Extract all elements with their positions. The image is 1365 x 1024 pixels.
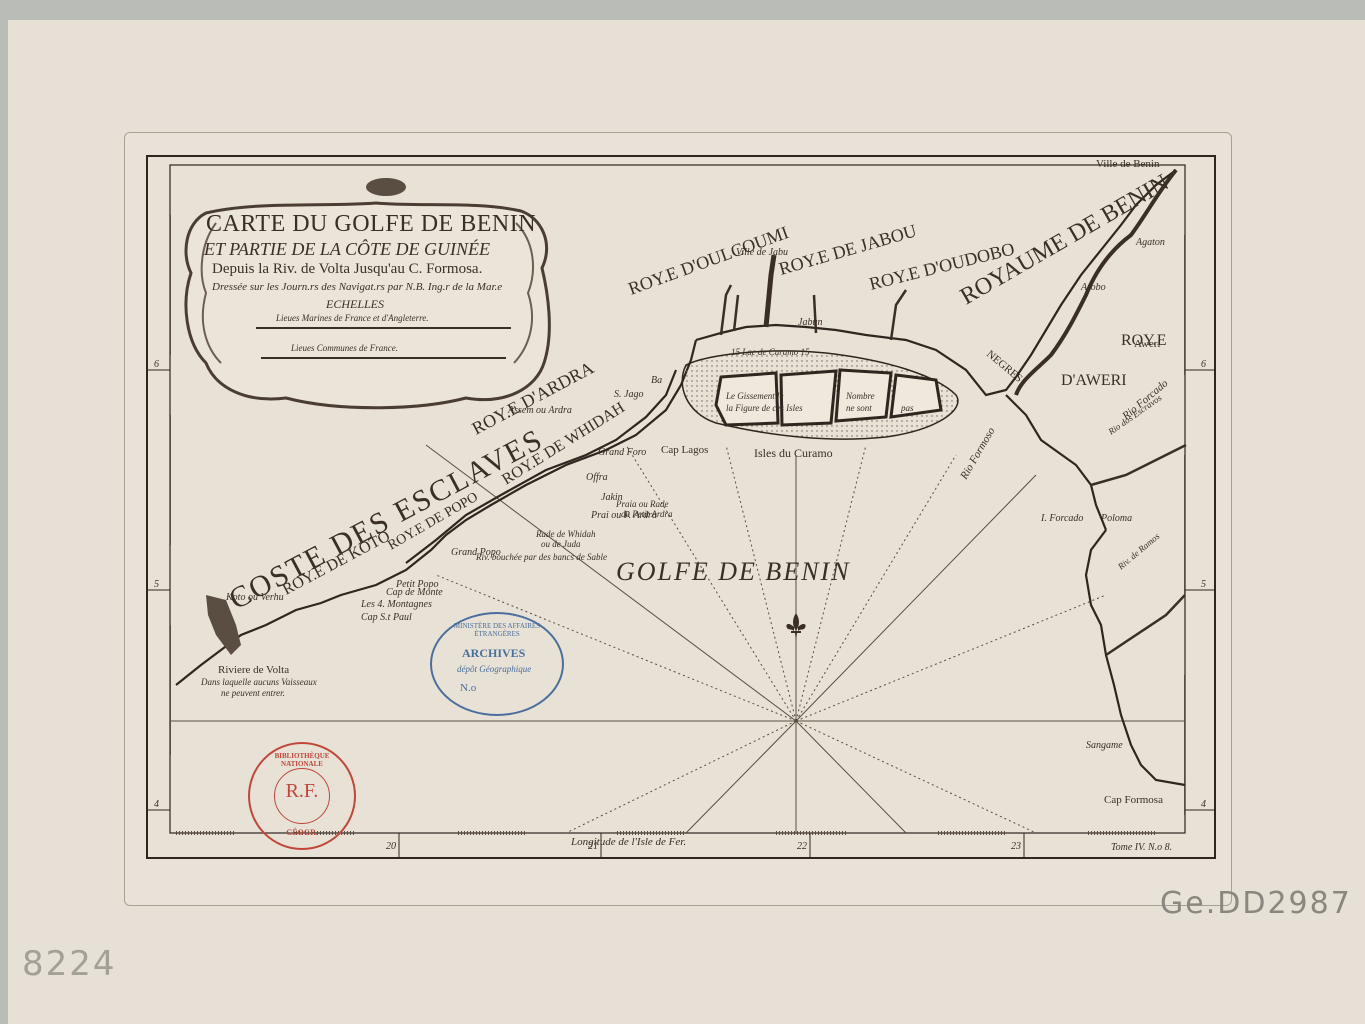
svg-text:23: 23 (1011, 841, 1021, 852)
svg-text:4: 4 (154, 799, 159, 810)
svg-text:la Figure de ces Isles: la Figure de ces Isles (726, 403, 803, 413)
svg-text:ne sont: ne sont (846, 403, 872, 413)
scale2-label: Lieues Communes de France. (291, 343, 398, 353)
fleur-de-lis-icon (786, 613, 805, 641)
title-cartouche: CARTE DU GOLFE DE BENIN ET PARTIE DE LA … (176, 173, 556, 413)
svg-text:I. Forcado: I. Forcado (1040, 513, 1083, 524)
svg-text:Cap de Monte: Cap de Monte (386, 587, 443, 598)
svg-text:Grand Foro: Grand Foro (598, 447, 646, 458)
title-line-3: Depuis la Riv. de Volta Jusqu'au C. Form… (212, 261, 482, 278)
svg-text:Isles du Curamo: Isles du Curamo (754, 446, 833, 460)
svg-text:Koto ou Verhu: Koto ou Verhu (225, 592, 284, 603)
svg-text:NEGRES: NEGRES (984, 348, 1024, 385)
inventory-annotation: 8224 (22, 944, 117, 984)
graduated-scale-right (1183, 235, 1187, 815)
svg-text:Ba: Ba (651, 375, 662, 386)
flower-basket-icon (366, 178, 406, 196)
svg-text:GOLFE DE BENIN: GOLFE DE BENIN (616, 557, 851, 586)
svg-text:pas: pas (900, 403, 914, 413)
svg-text:Offra: Offra (586, 472, 608, 483)
svg-text:6: 6 (154, 359, 159, 370)
svg-text:6: 6 (1201, 359, 1206, 370)
svg-text:20: 20 (386, 841, 396, 852)
svg-text:15 Lac de Curamo 15: 15 Lac de Curamo 15 (731, 347, 810, 357)
shelfmark-annotation: Ge.DD2987 (1160, 886, 1352, 921)
svg-text:Poloma: Poloma (1100, 513, 1132, 524)
svg-text:Longitude de l'Isle de Fer.: Longitude de l'Isle de Fer. (570, 836, 686, 848)
svg-text:du Petit Ardra: du Petit Ardra (621, 509, 673, 519)
archives-stamp: MINISTÈRE DES AFFAIRES ÉTRANGÈRES ARCHIV… (430, 612, 564, 716)
svg-text:D'AWERI: D'AWERI (1061, 372, 1127, 389)
svg-text:5: 5 (154, 579, 159, 590)
svg-text:Agaton: Agaton (1135, 237, 1165, 248)
title-line-1: CARTE DU GOLFE DE BENIN (206, 211, 536, 238)
svg-text:Tome IV. N.o 8.: Tome IV. N.o 8. (1111, 842, 1172, 853)
bibliotheque-nationale-stamp: BIBLIOTHÈQUE NATIONALE R.F. GÉOGR. (248, 742, 356, 850)
title-line-4: Dressée sur les Journ.rs des Navigat.rs … (212, 281, 502, 293)
svg-text:22: 22 (797, 841, 807, 852)
svg-text:Nombre: Nombre (845, 391, 875, 401)
svg-text:Les 4. Montagnes: Les 4. Montagnes (360, 599, 432, 610)
graduated-scale-left (168, 215, 172, 755)
svg-text:Le Gissement le: Le Gissement le (725, 391, 784, 401)
svg-text:Riv. de Ramos: Riv. de Ramos (1115, 531, 1162, 572)
cartouche-frame (176, 173, 556, 413)
svg-text:ne peuvent entrer.: ne peuvent entrer. (221, 688, 285, 698)
scales-heading: ECHELLES (326, 297, 384, 312)
svg-text:Riv. bouchée par des bancs de: Riv. bouchée par des bancs de Sable (475, 552, 607, 562)
title-line-2: ET PARTIE DE LA CÔTE DE GUINÉE (204, 239, 490, 260)
svg-text:Dans laquelle aucuns Vaisseaux: Dans laquelle aucuns Vaisseaux (200, 677, 317, 687)
svg-text:Cap Formosa: Cap Formosa (1104, 794, 1163, 806)
scale1-label: Lieues Marines de France et d'Angleterre… (276, 313, 429, 323)
svg-text:5: 5 (1201, 579, 1206, 590)
svg-text:Rade de Whidah: Rade de Whidah (535, 529, 596, 539)
svg-text:Ville de Jabu: Ville de Jabu (736, 247, 788, 258)
svg-text:Cap Lagos: Cap Lagos (661, 444, 708, 456)
svg-text:Rio Formoso: Rio Formoso (958, 425, 998, 482)
svg-text:Sangame: Sangame (1086, 740, 1123, 751)
svg-text:Jabun: Jabun (798, 317, 822, 328)
svg-text:4: 4 (1201, 799, 1206, 810)
svg-text:Praia ou Rade: Praia ou Rade (615, 499, 669, 509)
svg-text:Cap S.t Paul: Cap S.t Paul (361, 612, 412, 623)
svg-text:ou de Juda: ou de Juda (541, 539, 581, 549)
svg-text:Rio Forcado: Rio Forcado (1119, 377, 1170, 423)
svg-text:Aweri: Aweri (1134, 338, 1160, 350)
svg-text:S. Jago: S. Jago (614, 389, 643, 400)
svg-text:Arobo: Arobo (1080, 282, 1106, 293)
svg-text:Riviere de Volta: Riviere de Volta (218, 664, 289, 676)
svg-text:ROY.E D'OULCOUMI: ROY.E D'OULCOUMI (626, 222, 792, 299)
svg-text:Ville de Benin: Ville de Benin (1096, 158, 1160, 170)
